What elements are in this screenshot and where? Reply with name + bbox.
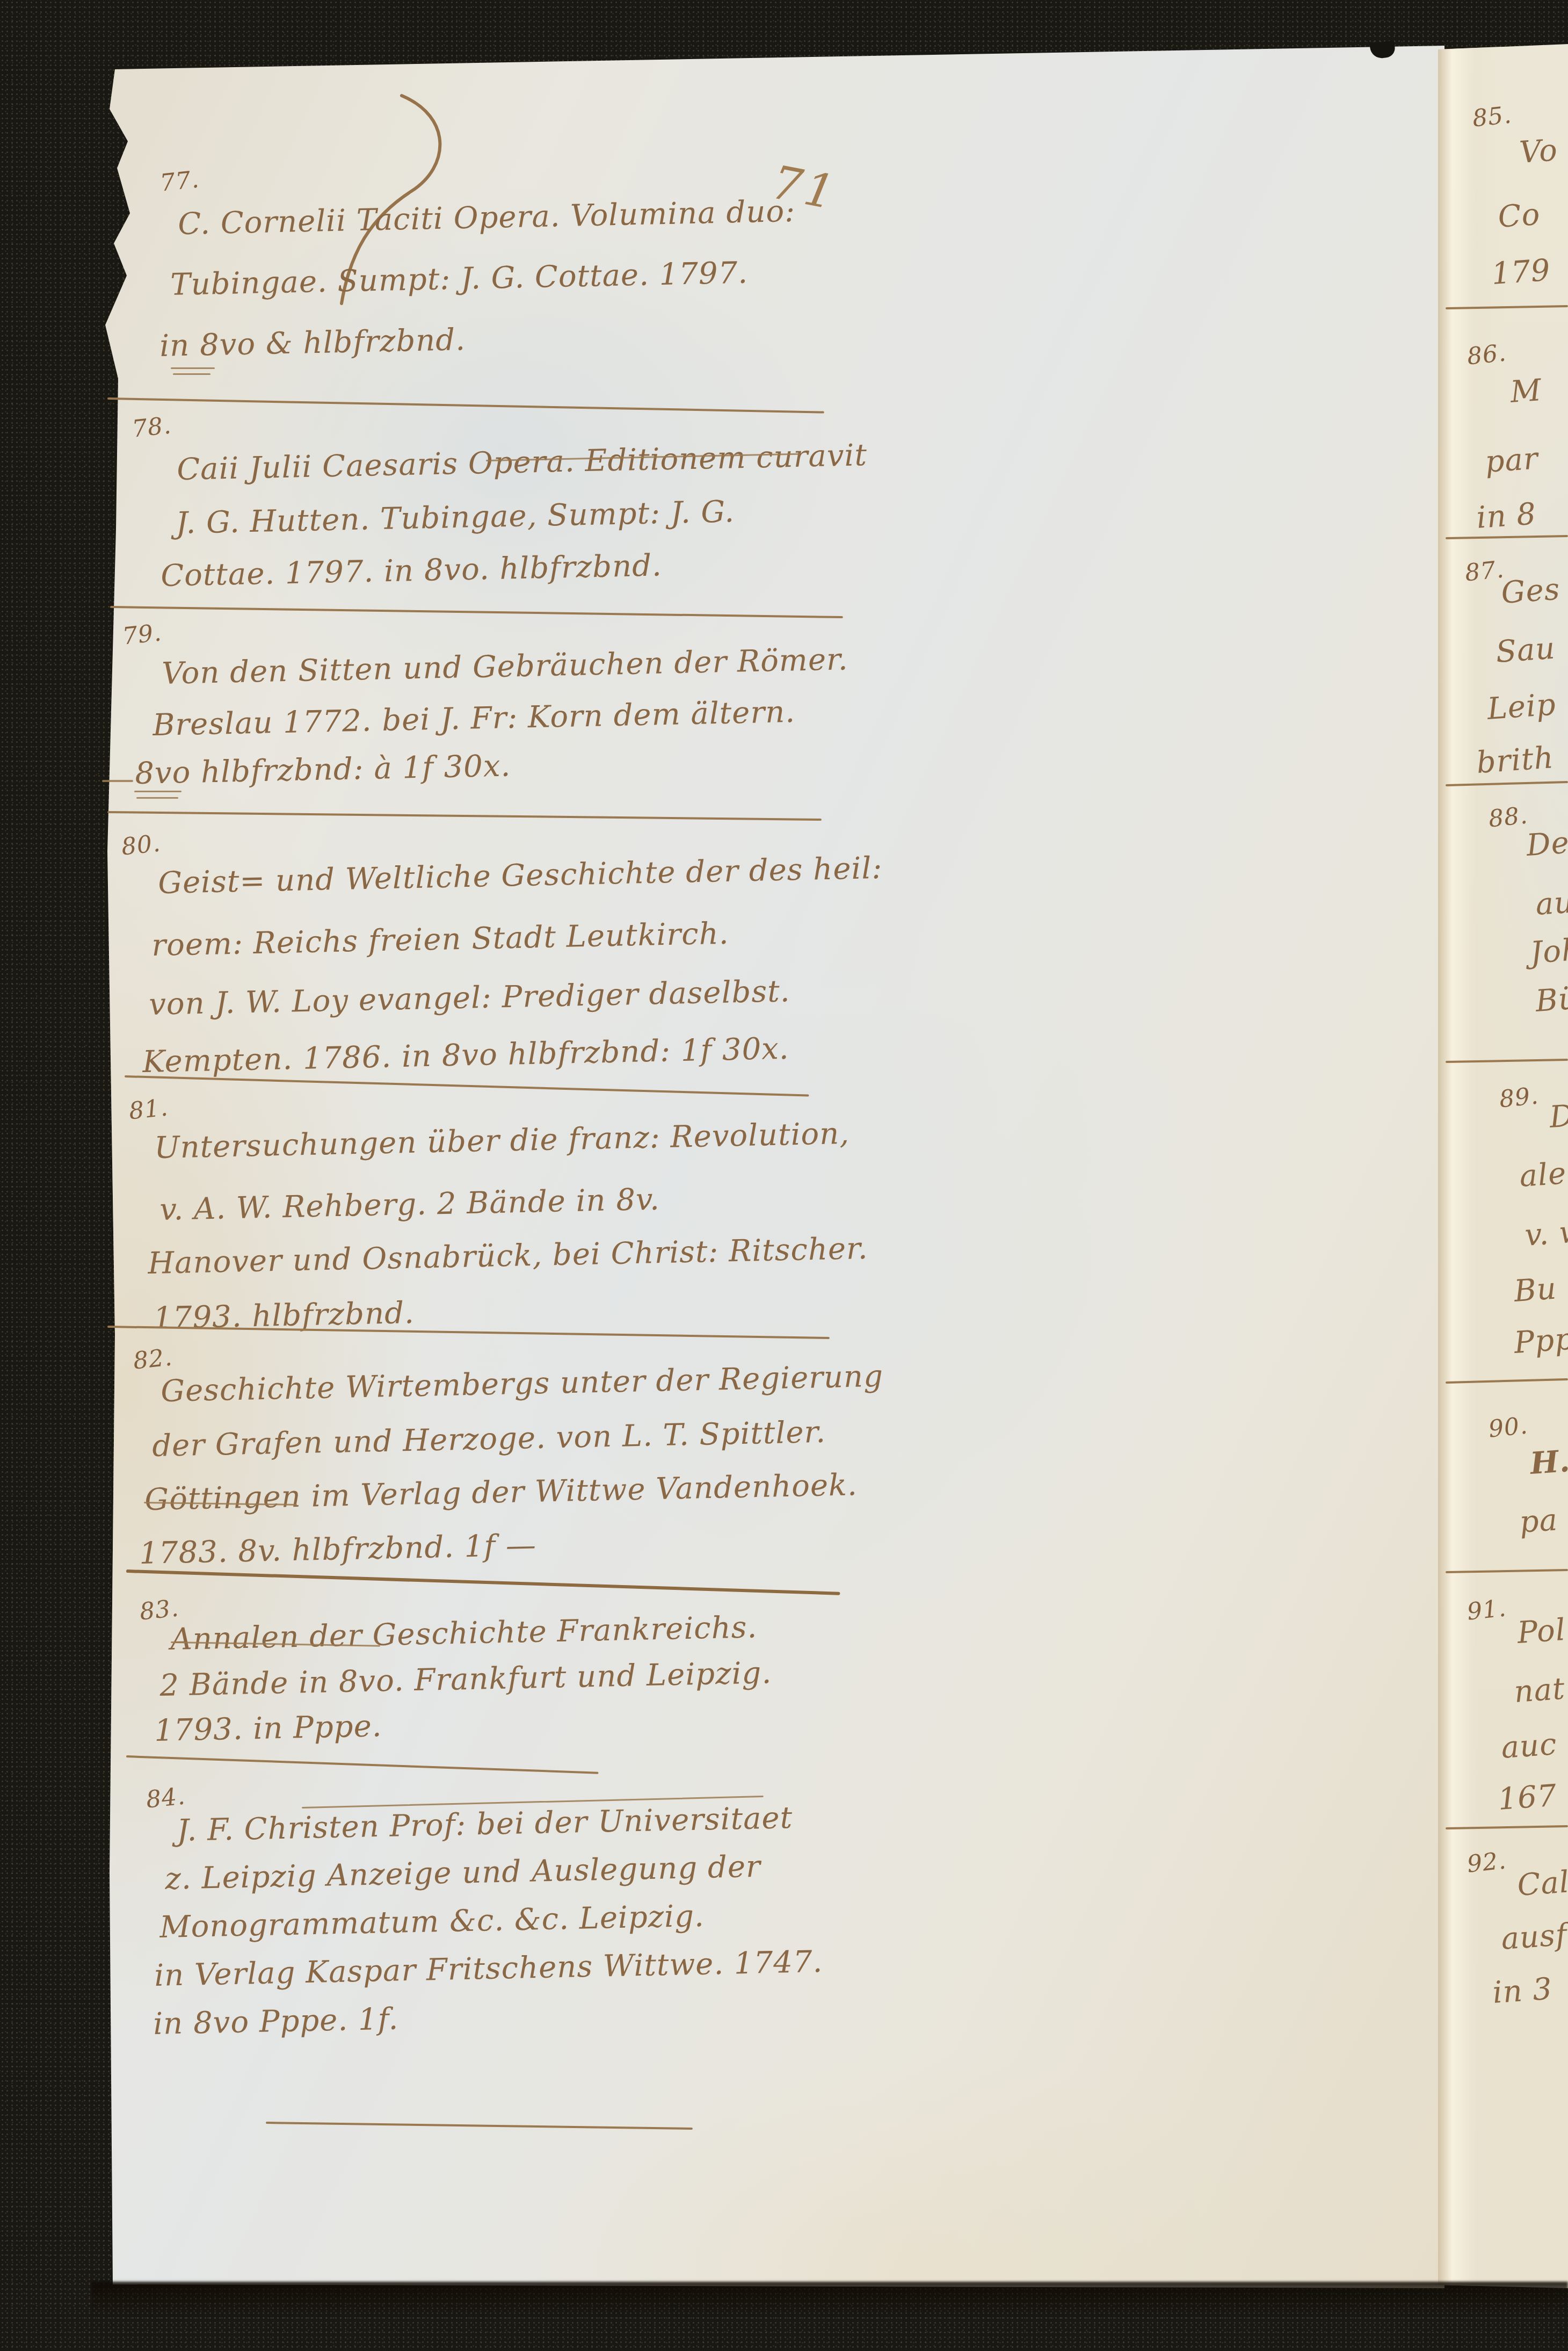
ink-stroke [102, 780, 133, 782]
entry-line: auc [1500, 1727, 1558, 1766]
entry-line: 167 [1497, 1778, 1558, 1817]
entry-line: ausf [1500, 1918, 1568, 1957]
entry-line: Vo [1518, 133, 1558, 170]
entry-line: 1793. in Pppe. [154, 1709, 382, 1748]
entry-line: par [1484, 441, 1539, 480]
entry-line: De [1525, 826, 1568, 863]
entry-number: 86. [1466, 339, 1508, 370]
entry-number: 92. [1466, 1847, 1508, 1878]
entry-number: 89. [1498, 1082, 1540, 1113]
entry-line: pa [1518, 1502, 1559, 1540]
entry-line: nat [1513, 1672, 1566, 1710]
entry-line: ale [1518, 1156, 1567, 1194]
entry-line: D [1548, 1098, 1568, 1135]
entry-number: 84. [145, 1782, 187, 1813]
entry-line: Co [1497, 197, 1541, 235]
scanned-manuscript: 71 77. C. Cornelii Taciti Opera. Volumin… [0, 0, 1568, 2351]
entry-number: 82. [132, 1343, 174, 1375]
entry-line: 179 [1490, 252, 1551, 292]
entry-number: 80. [120, 829, 162, 860]
entry-line: M [1509, 373, 1543, 410]
entry-line: Leip [1486, 687, 1557, 727]
entry-line: Joh [1529, 932, 1568, 971]
entry-number: 77. [159, 165, 201, 197]
entry-line: in 3 [1491, 1971, 1554, 2010]
entry-number: 81. [128, 1094, 170, 1125]
entry-number: 88. [1487, 801, 1529, 833]
entry-line: Bu [1513, 1271, 1558, 1309]
entry-line: H. [1529, 1443, 1568, 1481]
page-bottom-shadow [91, 2282, 1568, 2316]
entry-number: 85. [1471, 101, 1513, 132]
ink-stroke [171, 367, 215, 369]
entry-number: 83. [139, 1594, 180, 1625]
entry-number: 91. [1466, 1594, 1508, 1625]
ink-stroke [173, 373, 210, 375]
ink-stroke [136, 797, 178, 799]
entry-line: brith [1475, 740, 1555, 780]
entry-line: Ges [1500, 572, 1561, 611]
entry-line: in 8 [1475, 496, 1537, 536]
entry-line: v. w [1523, 1214, 1568, 1253]
ink-stroke [134, 791, 182, 792]
entry-number: 87. [1464, 555, 1506, 587]
entry-line: Pol [1516, 1612, 1566, 1651]
entry-line: au [1534, 885, 1568, 922]
entry-line: in 8vo & hlbfrzbnd. [159, 322, 466, 364]
entry-number: 78. [131, 411, 173, 443]
entry-line: in 8vo Pppe. 1f. [153, 2001, 399, 2042]
entry-line: Bü [1534, 981, 1568, 1019]
entry-number: 79. [121, 619, 163, 650]
entry-number: 90. [1487, 1412, 1529, 1443]
entry-line: Cal [1516, 1864, 1568, 1903]
entry-line: Sau [1494, 631, 1556, 670]
entry-line: Pppe [1513, 1320, 1568, 1361]
